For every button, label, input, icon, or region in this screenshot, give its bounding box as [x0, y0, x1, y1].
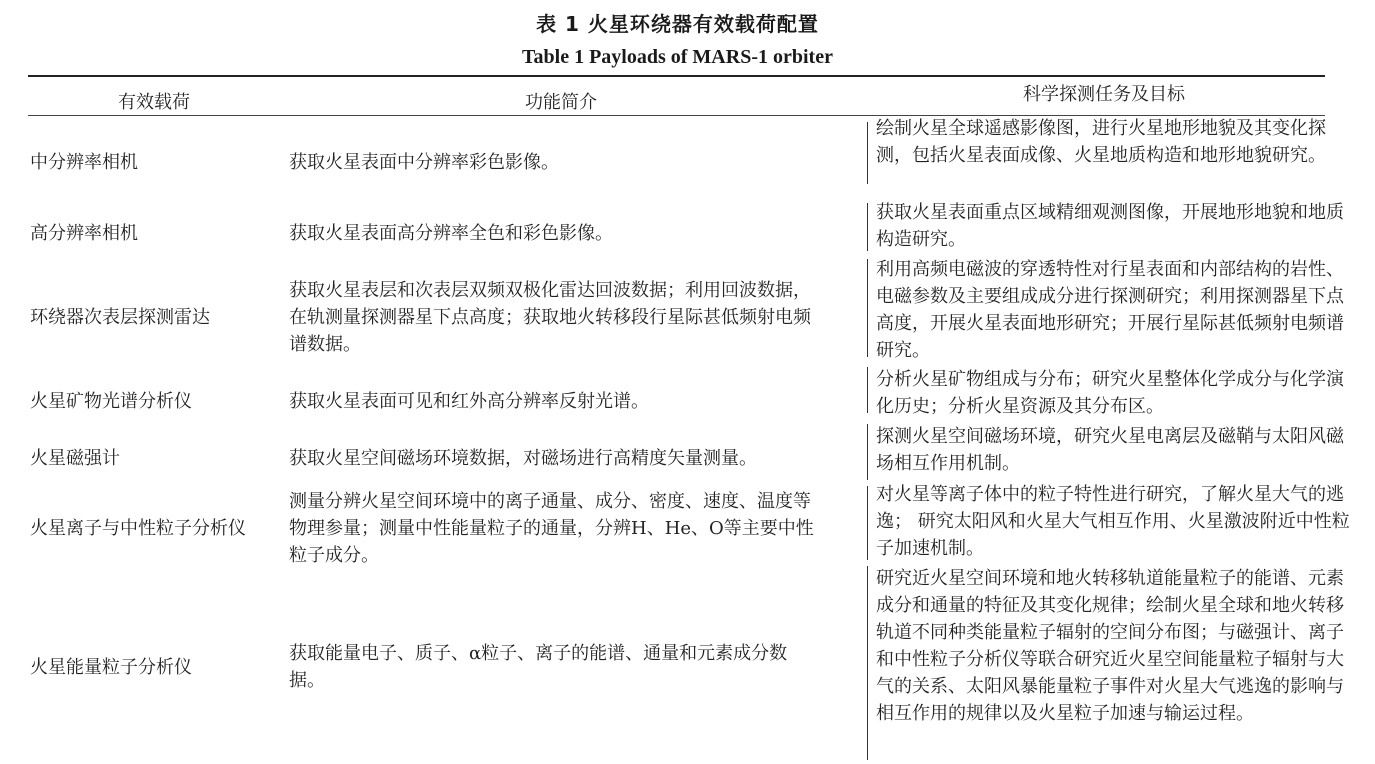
payload-name: 高分辨率相机 — [30, 220, 280, 247]
header-function: 功能简介 — [525, 88, 597, 114]
payload-name: 火星磁强计 — [30, 445, 280, 472]
payload-name: 火星能量粒子分析仪 — [30, 654, 280, 681]
payload-function: 获取火星表面中分辨率彩色影像。 — [289, 149, 819, 176]
header-objective: 科学探测任务及目标 — [1023, 80, 1185, 106]
objective-bar — [867, 486, 868, 560]
payload-function: 测量分辨火星空间环境中的离子通量、成分、密度、速度、温度等物理参量；测量中性能量… — [289, 488, 819, 569]
payload-objective: 利用高频电磁波的穿透特性对行星表面和内部结构的岩性、电磁参数及主要组成成分进行探… — [876, 256, 1351, 364]
payload-name: 环绕器次表层探测雷达 — [30, 304, 280, 331]
payload-objective: 获取火星表面重点区域精细观测图像，开展地形地貌和地质构造研究。 — [876, 199, 1351, 253]
payload-objective: 分析火星矿物组成与分布；研究火星整体化学成分与化学演化历史；分析火星资源及其分布… — [876, 366, 1351, 420]
payload-name: 火星离子与中性粒子分析仪 — [30, 515, 280, 542]
table-title-cn: 表 1 火星环绕器有效载荷配置 — [0, 8, 1355, 37]
payload-objective: 对火星等离子体中的粒子特性进行研究，了解火星大气的逃逸； 研究太阳风和火星大气相… — [876, 481, 1351, 562]
table-top-rule — [28, 75, 1325, 77]
objective-bar — [867, 203, 868, 251]
table-title-en: Table 1 Payloads of MARS-1 orbiter — [0, 46, 1355, 69]
objective-bar — [867, 259, 868, 357]
payload-function: 获取火星空间磁场环境数据，对磁场进行高精度矢量测量。 — [289, 445, 819, 472]
payload-name: 火星矿物光谱分析仪 — [30, 388, 280, 415]
objective-bar — [867, 424, 868, 480]
payload-objective: 研究近火星空间环境和地火转移轨道能量粒子的能谱、元素成分和通量的特征及其变化规律… — [876, 565, 1351, 727]
payload-objective: 探测火星空间磁场环境，研究火星电离层及磁鞘与太阳风磁场相互作用机制。 — [876, 423, 1351, 477]
objective-bar — [867, 367, 868, 413]
payload-function: 获取火星表面可见和红外高分辨率反射光谱。 — [289, 388, 819, 415]
payload-name: 中分辨率相机 — [30, 149, 280, 176]
header-payload: 有效载荷 — [118, 88, 190, 114]
payload-function: 获取能量电子、质子、α粒子、离子的能谱、通量和元素成分数据。 — [289, 640, 819, 694]
objective-bar — [867, 122, 868, 184]
payload-function: 获取火星表面高分辨率全色和彩色影像。 — [289, 220, 819, 247]
payload-function: 获取火星表层和次表层双频双极化雷达回波数据；利用回波数据，在轨测量探测器星下点高… — [289, 277, 819, 358]
payload-objective: 绘制火星全球遥感影像图，进行火星地形地貌及其变化探测，包括火星表面成像、火星地质… — [876, 115, 1351, 169]
objective-bar — [867, 566, 868, 760]
